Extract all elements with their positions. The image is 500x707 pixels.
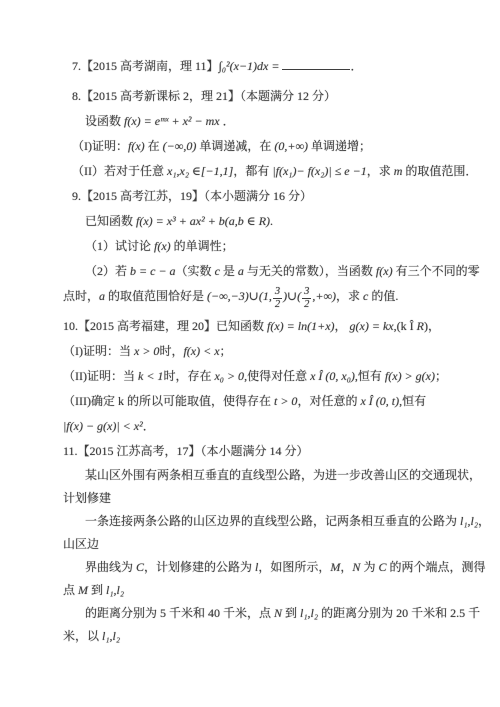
doc-line: 界曲线为 C，计划修建的公路为 l，如图所示，M，N 为 C 的两个端点，测得 — [0, 556, 500, 579]
math-run: R — [417, 319, 424, 333]
text-run: ； — [435, 369, 447, 383]
text-run: 单调递增； — [308, 139, 371, 153]
doc-line: |f(x) − g(x)| < x²． — [0, 414, 500, 439]
fraction: 32 — [273, 287, 282, 311]
exam-document-page: 7.【2015 高考湖南，理 11】∫₀²(x−1)dx = ．8.【2015 … — [0, 0, 500, 648]
text-run: 10.【2015 高考福建，理 20】已知函数 — [63, 319, 267, 333]
math-run: b = c − a — [130, 264, 176, 278]
doc-line: 点 M 到 l₁,l₂ — [0, 579, 500, 602]
text-run: 的取值范围． — [402, 164, 477, 178]
doc-line: 9.【2015 高考江苏，19】（本小题满分 16 分） — [0, 184, 500, 209]
text-run: （II）若对于任意 — [72, 164, 167, 178]
text-run: 是 — [220, 264, 238, 278]
doc-line: 某山区外围有两条相互垂直的直线型公路，为进一步改善山区的交通现状， — [0, 464, 500, 487]
text-run: ,恒有 — [355, 369, 385, 383]
doc-line: （2）若 b = c − a（实数 c 是 a 与无关的常数），当函数 f(x)… — [0, 259, 500, 284]
text-run: 点 — [63, 583, 78, 597]
text-run: ，对任意的 — [297, 394, 360, 408]
text-run: ，计划修建的公路为 — [144, 560, 255, 574]
doc-line: 设函数 f(x) = eᵐˣ + x² − mx ． — [0, 109, 500, 134]
text-run: 的值. — [368, 289, 398, 303]
math-run: (0,+∞) — [274, 139, 308, 153]
text-run: ； — [220, 344, 232, 358]
text-run: （III)确定 k 的所以可能取值，使得存在 — [63, 394, 274, 408]
math-run: t > 0 — [274, 394, 297, 408]
text-run: 山区边 — [63, 537, 99, 551]
text-run: 为 — [360, 560, 378, 574]
doc-line: 已知函数 f(x) = x³ + ax² + b(a,b ∈ R). — [0, 209, 500, 234]
math-run: l₁,l₂ — [300, 606, 318, 620]
doc-line: （I)证明：f(x) 在 (−∞,0) 单调递减，在 (0,+∞) 单调递增； — [0, 134, 500, 159]
text-run: ,使得对任意 — [244, 369, 310, 383]
answer-blank — [282, 57, 350, 70]
text-run: ． — [143, 419, 155, 433]
text-run: （2）若 — [85, 264, 130, 278]
text-run: （1）试讨论 — [85, 239, 154, 253]
text-run: 到 — [282, 606, 300, 620]
math-run: g(x) = kx — [350, 319, 394, 333]
math-run: k < 1 — [138, 369, 163, 383]
math-run: f(x) — [376, 264, 393, 278]
math-run: l₁,l₂ — [102, 629, 120, 643]
text-run: （II)证明：当 — [63, 369, 138, 383]
doc-line: 山区边 — [0, 533, 500, 556]
math-run: f(x) — [128, 139, 145, 153]
text-run: 某山区外围有两条相互垂直的直线型公路，为进一步改善山区的交通现状， — [85, 468, 481, 482]
text-run: 的两个端点，测得 — [386, 560, 485, 574]
math-run: x > 0 — [134, 344, 159, 358]
text-run: ,恒有 — [399, 394, 426, 408]
text-run: 设函数 — [85, 114, 124, 128]
doc-line: （III)确定 k 的所以可能取值，使得存在 t > 0，对任意的 x Î (0… — [0, 389, 500, 414]
math-run: l₁,l₂ — [106, 583, 124, 597]
text-run: ，如图所示， — [258, 560, 330, 574]
text-run: 7.【2015 高考湖南，理 11】 — [72, 59, 219, 73]
text-run: ， — [478, 514, 490, 528]
doc-line: 计划修建 — [0, 487, 500, 510]
math-run: x₀ > 0 — [214, 369, 244, 383]
math-run: ,+∞) — [312, 289, 336, 303]
text-run: 的距离分别为 5 千米和 40 千米，点 — [85, 606, 274, 620]
text-run: 的距离分别为 20 千米和 2.5 千 — [318, 606, 480, 620]
text-run: ，都有 — [233, 164, 272, 178]
math-run: )∪( — [283, 289, 301, 303]
text-run: ， — [335, 319, 350, 333]
text-run: ,(k Î — [394, 319, 417, 333]
text-run: 有三个不同的零 — [393, 264, 480, 278]
text-run: 9.【2015 高考江苏，19】（本小题满分 16 分） — [72, 189, 312, 203]
math-run: x₁,x₂ ∈[−1,1] — [167, 164, 233, 178]
text-run: 到 — [88, 583, 106, 597]
math-run: f(x) = eᵐˣ + x² − mx — [124, 114, 220, 128]
math-run: M — [330, 560, 340, 574]
text-run: ． — [350, 59, 362, 73]
text-run: 时， — [159, 344, 183, 358]
doc-line: 7.【2015 高考湖南，理 11】∫₀²(x−1)dx = ． — [0, 54, 500, 79]
math-run: |f(x) − g(x)| < x² — [63, 419, 143, 433]
doc-line: 11.【2015 江苏高考，17】（本小题满分 14 分） — [0, 439, 500, 464]
math-run: M — [78, 583, 88, 597]
doc-line: （II）若对于任意 x₁,x₂ ∈[−1,1]，都有 |f(x₁)− f(x₂)… — [0, 159, 500, 184]
text-run: 界曲线为 — [85, 560, 136, 574]
math-run: (−∞,0) — [163, 139, 197, 153]
doc-line: 一条连接两条公路的山区边界的直线型公路，记两条相互垂直的公路为 l₁,l₂， — [0, 510, 500, 533]
doc-line: （I)证明：当 x > 0时，f(x) < x； — [0, 339, 500, 364]
math-run: l₁,l₂ — [460, 514, 478, 528]
math-run: (−∞,−3)∪(1, — [207, 289, 272, 303]
math-run: f(x) < x — [183, 344, 219, 358]
fraction-denominator: 2 — [302, 299, 311, 311]
math-run: f(x) = ln(1+x) — [267, 319, 335, 333]
doc-line: （II)证明：当 k < 1时，存在 x₀ > 0,使得对任意 x Î (0, … — [0, 364, 500, 389]
text-run: ， — [340, 560, 352, 574]
doc-line: （1）试讨论 f(x) 的单调性； — [0, 234, 500, 259]
fraction-denominator: 2 — [273, 299, 282, 311]
text-run: ． — [220, 114, 235, 128]
text-run: （实数 — [176, 264, 215, 278]
text-run: 在 — [145, 139, 163, 153]
math-run: x Î (0, t) — [360, 394, 399, 408]
doc-line: 10.【2015 高考福建，理 20】已知函数 f(x) = ln(1+x)， … — [0, 314, 500, 339]
text-run: 与无关的常数），当函数 — [244, 264, 376, 278]
doc-line: 的距离分别为 5 千米和 40 千米，点 N 到 l₁,l₂ 的距离分别为 20… — [0, 602, 500, 625]
fraction-numerator: 3 — [273, 287, 282, 300]
fraction-numerator: 3 — [302, 287, 311, 300]
text-run: . — [270, 214, 273, 228]
text-run: （I)证明：当 — [63, 344, 134, 358]
math-run: f(x) — [154, 239, 171, 253]
text-run: 8.【2015 高考新课标 2，理 21】（本题满分 12 分） — [72, 89, 336, 103]
text-run: 点时， — [63, 289, 99, 303]
math-run: f(x) > g(x) — [385, 369, 435, 383]
text-run: 的取值范围恰好是 — [105, 289, 207, 303]
doc-line: 米，以 l₁,l₂ — [0, 625, 500, 648]
text-run: 单调递减，在 — [196, 139, 274, 153]
text-run: 时，存在 — [163, 369, 214, 383]
text-run: 已知函数 — [85, 214, 136, 228]
math-run: C — [136, 560, 144, 574]
text-run: )， — [424, 319, 440, 333]
text-run: 的单调性； — [171, 239, 234, 253]
math-run: ∫₀²(x−1)dx = — [219, 59, 283, 73]
math-run: x Î (0, x₀) — [310, 369, 355, 383]
math-run: N — [274, 606, 282, 620]
math-run: |f(x₁)− f(x₂)| ≤ e −1 — [272, 164, 366, 178]
text-run: ，求 — [336, 289, 363, 303]
text-run: 11.【2015 江苏高考，17】（本小题满分 14 分） — [63, 444, 309, 458]
doc-line: 8.【2015 高考新课标 2，理 21】（本题满分 12 分） — [0, 84, 500, 109]
fraction: 32 — [302, 287, 311, 311]
text-run: （I)证明： — [72, 139, 128, 153]
doc-line: 点时，a 的取值范围恰好是 (−∞,−3)∪(1,32)∪(32,+∞)，求 c… — [0, 284, 500, 309]
text-run: 米，以 — [63, 629, 102, 643]
text-run: 计划修建 — [63, 491, 111, 505]
text-run: ，求 — [367, 164, 394, 178]
text-run: 一条连接两条公路的山区边界的直线型公路，记两条相互垂直的公路为 — [85, 514, 460, 528]
math-run: f(x) = x³ + ax² + b(a,b ∈ R) — [136, 214, 270, 228]
